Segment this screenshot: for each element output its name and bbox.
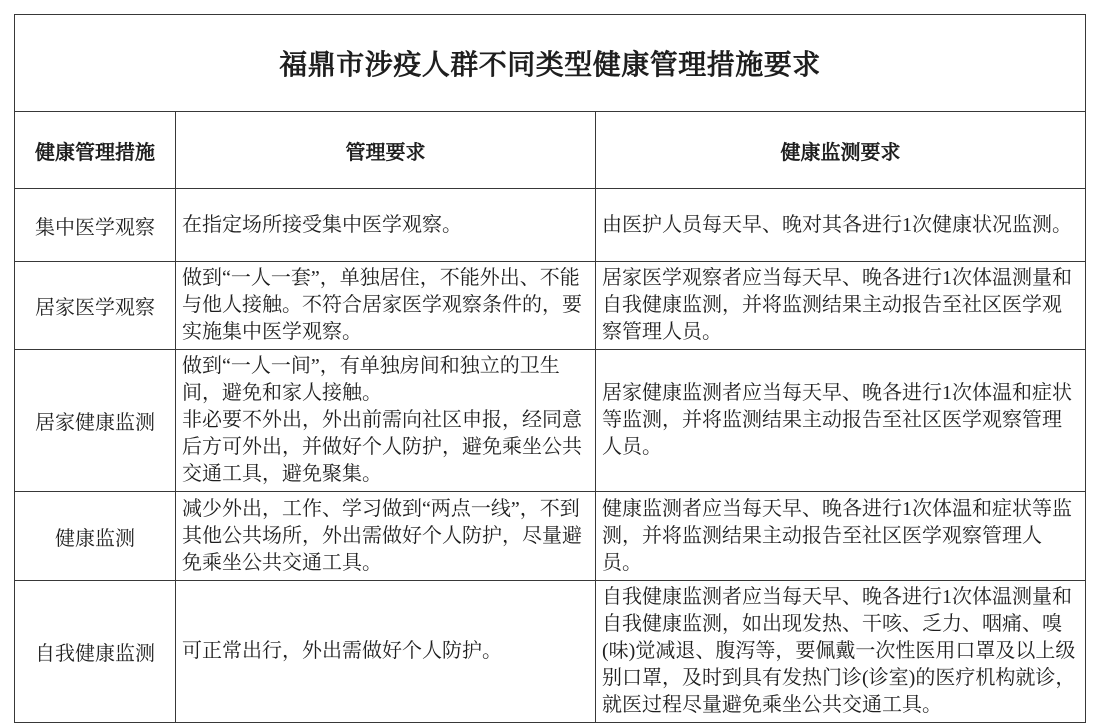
monitoring-cell: 健康监测者应当每天早、晚各进行1次体温和症状等监测，并将监测结果主动报告至社区医…: [596, 492, 1086, 581]
title-row: 福鼎市涉疫人群不同类型健康管理措施要求: [15, 15, 1086, 112]
table-row: 健康监测 减少外出，工作、学习做到“两点一线”，不到其他公共场所，外出需做好个人…: [15, 492, 1086, 581]
management-cell: 减少外出，工作、学习做到“两点一线”，不到其他公共场所，外出需做好个人防护，尽量…: [176, 492, 596, 581]
table-title: 福鼎市涉疫人群不同类型健康管理措施要求: [15, 15, 1086, 112]
monitoring-paragraph: 自我健康监测者应当每天早、晚各进行1次体温测量和自我健康监测，如出现发热、干咳、…: [602, 584, 1081, 717]
management-paragraph: 在指定场所接受集中医学观察。: [182, 212, 591, 239]
monitoring-cell: 居家医学观察者应当每天早、晚各进行1次体温测量和自我健康监测，并将监测结果主动报…: [596, 262, 1086, 350]
monitoring-paragraph: 健康监测者应当每天早、晚各进行1次体温和症状等监测，并将监测结果主动报告至社区医…: [602, 496, 1081, 577]
table-row: 居家健康监测 做到“一人一间”，有单独房间和独立的卫生间，避免和家人接触。 非必…: [15, 350, 1086, 492]
table-row: 居家医学观察 做到“一人一套”，单独居住，不能外出、不能与他人接触。不符合居家医…: [15, 262, 1086, 350]
document-page: 福鼎市涉疫人群不同类型健康管理措施要求 健康管理措施 管理要求 健康监测要求 集…: [14, 14, 1085, 717]
monitoring-cell: 居家健康监测者应当每天早、晚各进行1次体温和症状等监测，并将监测结果主动报告至社…: [596, 350, 1086, 492]
management-paragraph: 减少外出，工作、学习做到“两点一线”，不到其他公共场所，外出需做好个人防护，尽量…: [182, 496, 591, 577]
management-paragraph: 可正常出行，外出需做好个人防护。: [182, 638, 591, 665]
management-cell: 可正常出行，外出需做好个人防护。: [176, 581, 596, 718]
monitoring-paragraph: 居家医学观察者应当每天早、晚各进行1次体温测量和自我健康监测，并将监测结果主动报…: [602, 265, 1081, 346]
management-cell: 做到“一人一套”，单独居住，不能外出、不能与他人接触。不符合居家医学观察条件的，…: [176, 262, 596, 350]
management-cell: 做到“一人一间”，有单独房间和独立的卫生间，避免和家人接触。 非必要不外出，外出…: [176, 350, 596, 492]
monitoring-paragraph: 居家健康监测者应当每天早、晚各进行1次体温和症状等监测，并将监测结果主动报告至社…: [602, 380, 1081, 461]
health-measures-table: 福鼎市涉疫人群不同类型健康管理措施要求 健康管理措施 管理要求 健康监测要求 集…: [14, 14, 1086, 717]
column-header-monitoring: 健康监测要求: [596, 112, 1086, 189]
table-row: 集中医学观察 在指定场所接受集中医学观察。 由医护人员每天早、晚对其各进行1次健…: [15, 189, 1086, 262]
measure-cell: 健康监测: [15, 492, 176, 581]
monitoring-paragraph: 由医护人员每天早、晚对其各进行1次健康状况监测。: [602, 212, 1081, 239]
monitoring-cell: 由医护人员每天早、晚对其各进行1次健康状况监测。: [596, 189, 1086, 262]
column-header-measure: 健康管理措施: [15, 112, 176, 189]
monitoring-cell: 自我健康监测者应当每天早、晚各进行1次体温测量和自我健康监测，如出现发热、干咳、…: [596, 581, 1086, 718]
management-cell: 在指定场所接受集中医学观察。: [176, 189, 596, 262]
measure-cell: 居家医学观察: [15, 262, 176, 350]
measure-cell: 自我健康监测: [15, 581, 176, 718]
measure-cell: 居家健康监测: [15, 350, 176, 492]
column-header-management: 管理要求: [176, 112, 596, 189]
management-paragraph: 非必要不外出，外出前需向社区申报，经同意后方可外出，并做好个人防护，避免乘坐公共…: [182, 407, 591, 488]
table-row: 自我健康监测 可正常出行，外出需做好个人防护。 自我健康监测者应当每天早、晚各进…: [15, 581, 1086, 718]
header-row: 健康管理措施 管理要求 健康监测要求: [15, 112, 1086, 189]
management-paragraph: 做到“一人一间”，有单独房间和独立的卫生间，避免和家人接触。: [182, 353, 591, 407]
management-paragraph: 做到“一人一套”，单独居住，不能外出、不能与他人接触。不符合居家医学观察条件的，…: [182, 265, 591, 346]
measure-cell: 集中医学观察: [15, 189, 176, 262]
